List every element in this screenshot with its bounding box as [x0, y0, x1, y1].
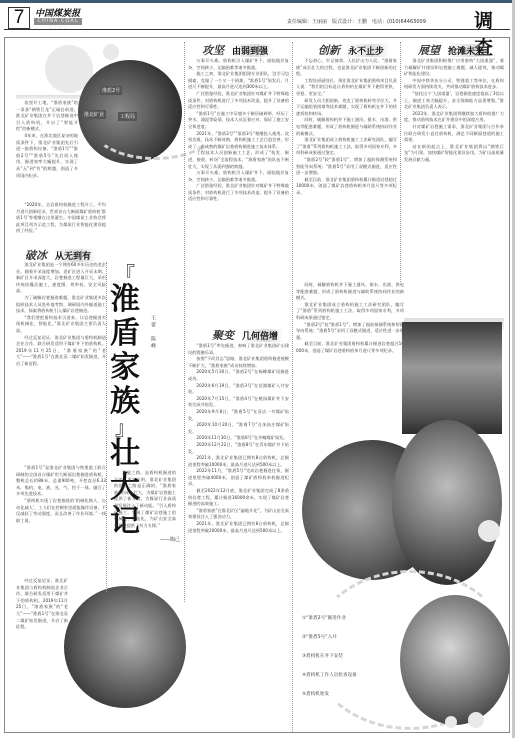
quote-signature: ——陶己 — [160, 536, 180, 543]
article-jubian: “淮盾1号”率先掘进，奏响了淮北矿业集团矿山建设的铿锵乐章。 按照“不改其志”思… — [188, 343, 289, 733]
subhead-zhanwang: 展望 抢滩未来 — [418, 42, 490, 58]
caption-5: ⑤盾构机始发 — [302, 685, 357, 704]
caption-3: ③盾构机在井下安装 — [302, 647, 357, 666]
subhead-jubian: 聚变 几何倍增 — [212, 327, 284, 343]
intro-text-2: “2020年，全岩盾构机掘进工程开工，平均月进尺创新纪录，世界首台大断面煤矿盾构… — [16, 202, 106, 242]
paper-subtitle: CHINA COAL NEWS — [34, 18, 82, 25]
page-header: 7 中国煤炭报 CHINA COAL NEWS 责任编辑：王丽丽 版式设计：王鹏… — [4, 4, 510, 30]
quote-block: 凯旋之路，是盾构机掘进的足迹。事实证明，淮北矿业集团的创新之路是正确的。“淮盾家… — [114, 470, 176, 534]
top-border — [0, 0, 515, 3]
deco-bubble — [103, 44, 119, 60]
article-chuangxin: 不忘初心，牢记使命。人民矿山为人民。“淮盾家族”成长壮大的过程，也是淮北矿业集团… — [296, 58, 397, 280]
subhead-gongjian: 攻坚 由弱到强 — [202, 42, 274, 58]
photo-workers-circle — [64, 586, 186, 708]
intro-text: 攻坚开工地，“淮盾家族”的一条条“钢铁巨龙”正破岩前进。淮北矿业集团在井下岩巷掘… — [16, 100, 78, 198]
article-zhanwang: 淮北矿业集团积极推广应用盾构“大国重器”，着力破解矿井建设和岩巷施工难题，减人提… — [404, 58, 504, 316]
subhead-chuangxin: 创新 永不止步 — [318, 42, 390, 58]
deco-bubble — [468, 712, 484, 728]
article-chuangxin-cont: 同时，破解盾构机井下施工通风、排水、出渣、供电等配套难题，形成了盾构机掘进与辅助… — [296, 282, 404, 432]
page-number: 7 — [8, 7, 30, 29]
deco-strip — [16, 95, 86, 99]
article-gongjian: 万事开头难。盾构机引入煤矿井下，面临地层复杂、空间狭小、运输困难等诸多挑战。 施… — [188, 58, 289, 322]
photo-captions: ①“淮盾2号”掘进作业 ②“淮盾5号”入井 ③盾构机在井下安装 ④盾构机工作人员… — [302, 609, 357, 704]
article-pojing-wrap: 经过反复论证，淮北矿业集团与盾构机制造企业合作，联合研发适用于煤矿井下的盾构机。… — [16, 578, 68, 723]
photo-equipment-circle — [392, 420, 502, 585]
deco-bubble — [445, 716, 457, 728]
column-divider — [106, 262, 107, 592]
article-pojing-cont: “淮盾1号”是淮北矿业集团与铁建重工联合研制的全国首台煤矿用大断面岩巷掘进盾构机… — [16, 465, 106, 575]
deco-bubble — [478, 520, 500, 542]
column-divider — [400, 42, 401, 282]
byline: 王蕾 陈峰 — [150, 315, 157, 350]
photo-tunnel-circle — [400, 595, 510, 725]
column-divider — [292, 42, 293, 732]
caption-2: ②“淮盾5号”入井 — [302, 628, 357, 647]
subhead-pojing: 破冰 从无到有 — [25, 247, 97, 263]
caption-4: ④盾构机工作人员检查设备 — [302, 666, 357, 685]
editor-credits: 责任编辑：王丽丽 版式设计：王鹏 电话：(010)64463009 — [287, 18, 426, 25]
caption-1: ①“淮盾2号”掘进作业 — [302, 609, 357, 628]
article-pojing: 淮北矿业集团是一个拥有60多年历史的老企业。随着开采深度增加，老矿区进入开采末期… — [16, 262, 106, 462]
photo-shield-machine — [402, 322, 502, 434]
column-divider — [184, 42, 185, 602]
photo-label: 淮盾2号 — [100, 86, 122, 95]
